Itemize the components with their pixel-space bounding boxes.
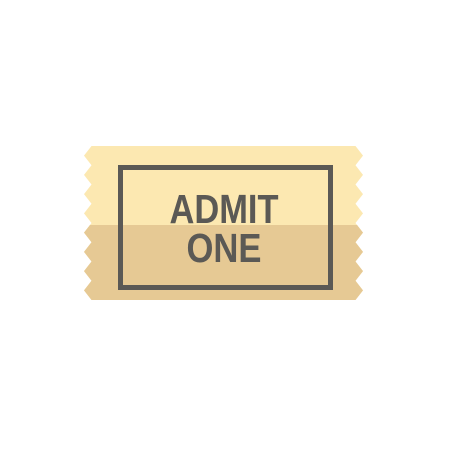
admit-one-ticket-icon: ADMIT ONE [0,0,450,450]
ticket-text-line2: ONE [187,225,262,271]
icon-canvas: ADMIT ONE [0,0,450,450]
